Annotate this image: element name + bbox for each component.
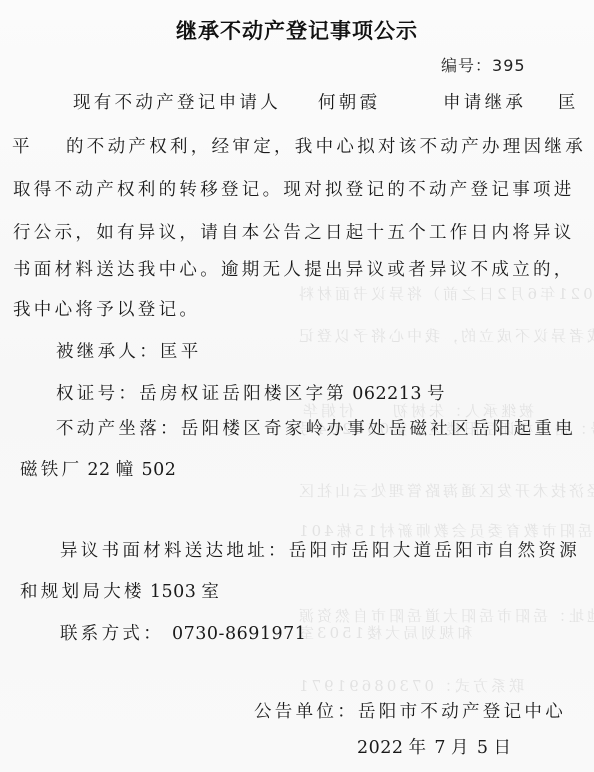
decedent-part2: 平: [12, 137, 33, 157]
objection-room-number: 1503: [150, 582, 197, 602]
decedent-inline-part1: 匡: [558, 92, 579, 114]
decedent-inline-part2: 平: [12, 136, 33, 158]
location-field-continued: 磁铁厂22幢502: [20, 459, 176, 481]
objection-label: 异议书面材料送达地址：: [60, 541, 289, 561]
decedent-value: 匡平: [160, 342, 202, 362]
date-month: 7: [434, 738, 446, 758]
bleed-through-decoration: 联系方式：07308691971: [296, 675, 524, 696]
contact-field: 联系方式：0730-8691971: [60, 623, 306, 645]
body-line-2: 的不动产权利，经审定，我中心拟对该不动产办理因继承: [66, 136, 586, 158]
contact-label: 联系方式：: [60, 624, 164, 644]
body-line-1: 现有不动产登记申请人: [73, 92, 281, 114]
decedent-part1: 匡: [558, 93, 579, 113]
notice-page: 日内（2021年6月2日之前）将异议书面材料 期无人提出异议或者异议不成立的，我…: [0, 0, 594, 772]
location-label: 不动产坐落：: [56, 419, 181, 439]
date-day: 5: [477, 738, 489, 758]
location-building-unit: 幢: [116, 460, 137, 480]
contact-phone: 0730-8691971: [172, 624, 306, 644]
bleed-through-decoration: 期无人提出异议或者异议不成立的，我中心将予以登记: [296, 325, 594, 346]
certificate-number: 062213: [352, 384, 422, 404]
document-number: 编号：395: [441, 53, 526, 76]
objection-line2-text: 和规划局大楼: [20, 582, 145, 602]
date-year: 2022: [357, 738, 404, 758]
certificate-prefix: 岳房权证岳阳楼区字第: [139, 384, 347, 404]
body-line2-text: 的不动产权利，经审定，我中心拟对该不动产办理因继承: [66, 137, 586, 157]
objection-address-continued: 和规划局大楼1503室: [20, 581, 222, 603]
decedent-field: 被继承人：匡平: [56, 341, 202, 363]
body-line1-prefix: 现有不动产登记申请人: [73, 93, 281, 113]
location-line2-text: 磁铁厂: [20, 460, 82, 480]
body-line-3: 取得不动产权利的转移登记。现对拟登记的不动产登记事项进: [13, 179, 575, 201]
applicant-name: 何朝霞: [318, 92, 380, 114]
body-line-6: 我中心将予以登记。: [13, 299, 200, 321]
certificate-suffix: 号: [427, 384, 448, 404]
location-building-number: 22: [87, 460, 110, 480]
inherit-label: 申请继承: [443, 93, 526, 113]
body-line1-mid: 申请继承: [443, 92, 526, 114]
bleed-through-decoration: 日内（2021年6月2日之前）将异议书面材料: [296, 283, 594, 304]
issuer-label: 公告单位：: [254, 702, 358, 722]
body-line-4: 行公示，如有异议，请自本公告之日起十五个工作日内将异议: [13, 222, 575, 244]
certificate-label: 权证号：: [56, 384, 139, 404]
objection-address-field: 异议书面材料送达地址：岳阳市岳阳大道岳阳市自然资源: [60, 540, 580, 562]
bleed-through-decoration: 不动产坐落：岳阳经济技术开发区通海路管理处云山社区: [296, 480, 594, 501]
issuer-value: 岳阳市不动产登记中心: [358, 702, 566, 722]
location-field: 不动产坐落：岳阳楼区奇家岭办事处岳磁社区岳阳起重电: [56, 418, 576, 440]
bleed-through-decoration: 和规划局大楼1503室: [296, 622, 472, 643]
document-number-value: 395: [492, 56, 526, 75]
body-line-5: 书面材料送达我中心。逾期无人提出异议或者异议不成立的，: [13, 259, 575, 281]
issuer-field: 公告单位：岳阳市不动产登记中心: [254, 701, 566, 723]
location-room-number: 502: [142, 460, 177, 480]
page-title: 继承不动产登记事项公示: [0, 15, 594, 45]
objection-room-unit: 室: [201, 582, 222, 602]
date-month-unit: 月: [451, 738, 472, 758]
certificate-field: 权证号：岳房权证岳阳楼区字第062213号: [56, 383, 448, 405]
applicant-value: 何朝霞: [318, 93, 380, 113]
document-number-label: 编号：: [441, 56, 492, 75]
date-year-unit: 年: [409, 738, 430, 758]
location-line1: 岳阳楼区奇家岭办事处岳磁社区岳阳起重电: [181, 419, 576, 439]
objection-line1: 岳阳市岳阳大道岳阳市自然资源: [289, 541, 580, 561]
decedent-label: 被继承人：: [56, 342, 160, 362]
date-day-unit: 日: [493, 738, 514, 758]
bleed-through-decoration: 岳阳市教育委员会教师新村15栋401: [296, 520, 593, 541]
issue-date: 2022年7月5日: [357, 737, 514, 759]
